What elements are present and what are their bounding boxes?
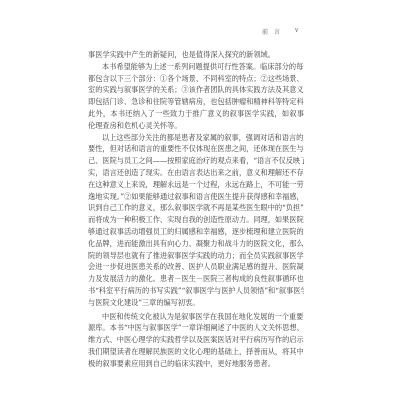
text-line: 在这种意义上来说，理解永远是一个过程，永远在路上，不可能一劳永 [88,179,304,191]
text-line: 与医院文化建设”三章的编写初衷。 [88,297,304,309]
text-line: 维方式、中医心理学的实践哲学以及医案医话对平行病历写作的启示等。 [88,334,304,346]
text-line: 会进一步促进医患关系的改善、医护人员职业满足感的提升、医院凝聚 [88,261,304,273]
text-line: 以上这些部分关注的都是患者及家属的叙事，强调对话和语言的重 [88,132,304,144]
page-number: v [295,27,298,34]
body-text: 事医学实践中产生的新疑问，也是值得深入探究的新领域。本书希望能够为上述一系列问题… [88,49,304,370]
text-line: 实，语言还创造了现实。在由语言表达出来之前，意义和理解还不存在。 [88,167,304,179]
text-line: 室的实践与叙事医学的关系；③该作者团队的具体实践方法及其意义， [88,84,304,96]
text-line: 都包含以下三个部分：①各个场景、不同科室的特点；②这些场景、科 [88,73,304,85]
text-line: 本书希望能够为上述一系列问题提供可行性答案。临床部分的每一章 [88,61,304,73]
text-line: 事医学实践中产生的新疑问，也是值得深入探究的新领域。 [88,49,304,61]
text-line: 识到自己工作的意义，那么叙事医学就不再是某些医生眼中的“负担”， [88,202,304,214]
text-line: 极的叙事要素应用到自己的临床实践中，更好地服务患者。 [88,358,304,370]
paragraph: 以上这些部分关注的都是患者及家属的叙事，强调对话和语言的重要性，但对话和语言的重… [88,132,304,309]
text-line: 中医和传统文化被认为是叙事医学在我国在地化发展的一个重要资 [88,311,304,323]
text-line: 要性，但对话和语言的重要性不仅体现在医患之间，还体现在医生与自 [88,143,304,155]
text-line: 逸地实现。”②如果能够通过叙事和语言使医生提升获得感和幸福感，认 [88,191,304,203]
text-line: 力及发展活力的激化。患者－医生－医院三者构成的良性叙事循环也是本 [88,273,304,285]
text-line: 此外，本书还纳入了一些致力于推广意义的叙事医学实践，如叙事 [88,108,304,120]
text-line: 伦理查房和危机心灵关怀等。 [88,120,304,132]
paragraph: 本书希望能够为上述一系列问题提供可行性答案。临床部分的每一章都包含以下三个部分：… [88,61,304,132]
book-page: 前 言 v 事医学实践中产生的新疑问，也是值得深入探究的新领域。本书希望能够为上… [0,0,400,400]
text-line: 院的领导层也就有了推进叙事医学实践的动力；而全员实践叙事医学又 [88,250,304,262]
paragraph: 中医和传统文化被认为是叙事医学在我国在地化发展的一个重要资源库。本书“中医与叙事… [88,311,304,370]
text-line: 我们期望读者在理解民族医的文化心理的基础上，择善而从，将其中积 [88,346,304,358]
text-line: 即包括门诊、急诊和住院等管辖病房，也包括肿瘤和精神科等特定科室。 [88,96,304,108]
paragraph: 事医学实践中产生的新疑问，也是值得深入探究的新领域。 [88,49,304,61]
text-line: 够通过叙事活动增强员工的归属感和幸福感，逐步梳理和建立医院的文 [88,226,304,238]
text-line: 化品牌，进而能激出具有向心力、凝聚力和战斗力的医院文化，那么医 [88,238,304,250]
text-line: 己、医院与员工之间——按照家庭治疗的观点来看，“语言不仅反映了现 [88,155,304,167]
text-line: 而将成为一种积极工作、实现自我的创造性原动力。同理，如果医院能 [88,214,304,226]
text-line: 书“科室平行病历的书写实践”“叙事医学与医护人员领悟”和“叙事医学 [88,285,304,297]
running-title: 前 言 [262,27,282,36]
text-line: 源库。本书“中医与叙事医学”一章详细阐述了中医的人文关怀思想、思 [88,322,304,334]
